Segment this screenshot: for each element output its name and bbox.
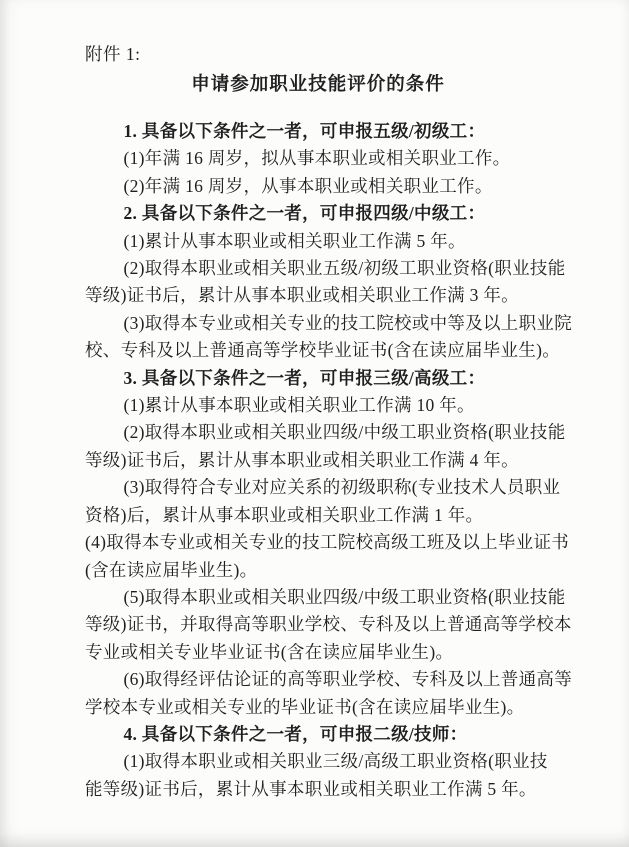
document-line: (1)累计从事本职业或相关职业工作满 5 年。: [85, 228, 551, 255]
document-line: 等级)证书后，累计从事本职业或相关职业工作满 4 年。: [85, 447, 551, 474]
scan-edge-shadow-left: [0, 0, 10, 847]
document-line: (3)取得本专业或相关专业的技工院校或中等及以上职业院: [85, 310, 551, 337]
document-body: 1. 具备以下条件之一者，可申报五级/初级工：(1)年满 16 周岁，拟从事本职…: [85, 118, 551, 803]
document-line: (1)取得本职业或相关职业三级/高级工职业资格(职业技: [85, 748, 551, 775]
document-content: 附件 1: 申请参加职业技能评价的条件 1. 具备以下条件之一者，可申报五级/初…: [85, 40, 551, 803]
document-line: (1)累计从事本职业或相关职业工作满 10 年。: [85, 392, 551, 419]
document-line: 2. 具备以下条件之一者，可申报四级/中级工：: [85, 200, 551, 227]
document-line: 4. 具备以下条件之一者，可申报二级/技师：: [85, 721, 551, 748]
document-line: (1)年满 16 周岁，拟从事本职业或相关职业工作。: [85, 145, 551, 172]
document-line: (2)年满 16 周岁，从事本职业或相关职业工作。: [85, 173, 551, 200]
document-line: (6)取得经评估论证的高等职业学校、专科及以上普通高等: [85, 666, 551, 693]
document-line: 3. 具备以下条件之一者，可申报三级/高级工：: [85, 365, 551, 392]
document-line: (含在读应届毕业生)。: [85, 557, 551, 584]
document-line: (5)取得本职业或相关职业四级/中级工职业资格(职业技能: [85, 584, 551, 611]
scanned-document-page: 附件 1: 申请参加职业技能评价的条件 1. 具备以下条件之一者，可申报五级/初…: [0, 0, 629, 847]
document-line: 校、专科及以上普通高等学校毕业证书(含在读应届毕业生)。: [85, 337, 551, 364]
document-line: 等级)证书后，累计从事本职业或相关职业工作满 3 年。: [85, 282, 551, 309]
attachment-label: 附件 1:: [85, 40, 551, 68]
document-line: (2)取得本职业或相关职业四级/中级工职业资格(职业技能: [85, 419, 551, 446]
document-line: 1. 具备以下条件之一者，可申报五级/初级工：: [85, 118, 551, 145]
document-line: 资格)后，累计从事本职业或相关职业工作满 1 年。: [85, 502, 551, 529]
document-line: (4)取得本专业或相关专业的技工院校高级工班及以上毕业证书: [85, 529, 551, 556]
document-line: (3)取得符合专业对应关系的初级职称(专业技术人员职业: [85, 474, 551, 501]
document-line: 学校本专业或相关专业的毕业证书(含在读应届毕业生)。: [85, 694, 551, 721]
document-line: 能等级)证书后，累计从事本职业或相关职业工作满 5 年。: [85, 776, 551, 803]
page-title: 申请参加职业技能评价的条件: [85, 70, 551, 100]
document-line: 专业或相关专业毕业证书(含在读应届毕业生)。: [85, 639, 551, 666]
document-line: (2)取得本职业或相关职业五级/初级工职业资格(职业技能: [85, 255, 551, 282]
document-line: 等级)证书，并取得高等职业学校、专科及以上普通高等学校本: [85, 611, 551, 638]
scan-edge-shadow-bottom: [0, 833, 629, 847]
